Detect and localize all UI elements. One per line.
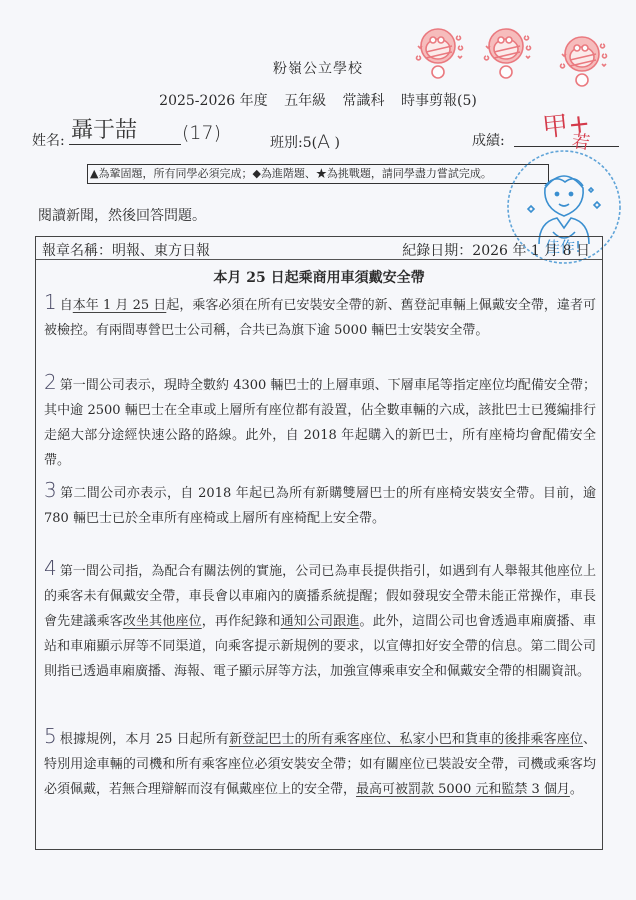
- class-label: 班別:5(: [270, 135, 317, 151]
- underlined-text: 最高可被罰款 5000 元和監禁 3 個月: [356, 782, 570, 797]
- paragraph-text: 根據規例，本月 25 日起所有: [60, 732, 229, 747]
- paragraph-text: 第二間公司亦表示，自 2018 年起已為所有新購雙層巴士的所有座椅安裝安全帶。目…: [44, 486, 596, 526]
- school-name: 粉嶺公立學校: [0, 58, 636, 78]
- school-year: 2025-2026 年度: [159, 93, 267, 109]
- paragraph-number-mark: 1: [44, 294, 57, 310]
- worksheet-title: 時事剪報(5): [401, 93, 477, 109]
- class-field: 班別:5(A ): [270, 130, 340, 152]
- subject: 常識科: [343, 93, 385, 109]
- worksheet-page: 粉嶺公立學校 2025-2026 年度 五年級 常識科 時事剪報(5) 姓名: …: [0, 0, 636, 900]
- grade-label: 成績:: [472, 130, 505, 150]
- article-paragraph-2: 2第一間公司表示，現時全數約 4300 輛巴士的上層車頭、下層車尾等指定座位均配…: [44, 373, 596, 473]
- article-headline: 本月 25 日起乘商用車須戴安全帶: [36, 267, 602, 287]
- news-article-box: 報章名稱：明報、東方日報 紀錄日期：2026 年 1 月 8 日 本月 25 日…: [35, 236, 603, 850]
- paragraph-number-mark: 3: [44, 482, 57, 498]
- paragraph-number-mark: 2: [44, 374, 57, 390]
- paragraph-number-mark: 4: [44, 560, 57, 576]
- class-close: ): [330, 135, 340, 151]
- paragraph-number-mark: 5: [44, 728, 57, 744]
- article-paragraph-1: 1自本年 1 月 25 日起，乘客必須在所有已安裝安全帶的新、舊登記車輛上佩戴安…: [44, 293, 596, 343]
- instruction-text: 閱讀新聞，然後回答問題。: [38, 205, 206, 225]
- record-date: 紀錄日期：2026 年 1 月 8 日: [402, 240, 590, 260]
- article-paragraph-3: 3第二間公司亦表示，自 2018 年起已為所有新購雙層巴士的所有座椅安裝安全帶。…: [44, 481, 596, 531]
- seat-number: (17): [182, 122, 221, 144]
- paragraph-text: 自: [60, 298, 73, 313]
- underlined-text: 新登記巴士的所有乘客座位、私家小巴和貨車的後排乘客座位: [229, 732, 583, 747]
- student-info-row: 姓名: 聶于喆 (17) 班別:5(A ) 成績: 甲+ 若: [32, 120, 612, 150]
- article-paragraph-5: 5根據規例，本月 25 日起所有新登記巴士的所有乘客座位、私家小巴和貨車的後排乘…: [44, 727, 596, 802]
- newspaper-name: 報章名稱：明報、東方日報: [42, 240, 210, 260]
- paragraph-text: 。: [570, 782, 583, 797]
- paragraph-text: ，再作紀錄和: [202, 614, 281, 629]
- paragraph-text: 第一間公司表示，現時全數約 4300 輛巴士的上層車頭、下層車尾等指定座位均配備…: [44, 378, 596, 468]
- article-meta: 報章名稱：明報、東方日報 紀錄日期：2026 年 1 月 8 日: [36, 237, 602, 260]
- article-paragraph-4: 4第一間公司指，為配合有關法例的實施，公司已為車長提供指引，如遇到有人舉報其他座…: [44, 559, 596, 684]
- class-value[interactable]: A: [317, 131, 330, 153]
- name-field[interactable]: 聶于喆: [69, 120, 181, 145]
- underlined-text: 通知公司跟進: [281, 614, 360, 629]
- underlined-text: 改坐其他座位: [123, 614, 202, 629]
- name-label: 姓名:: [32, 130, 65, 150]
- question-legend: ▲為鞏固題，所有同學必須完成；◆為進階題、★為挑戰題，請同學盡力嘗試完成。: [87, 164, 549, 184]
- underlined-text: 本年 1 月 25 日: [73, 298, 167, 313]
- grade-level: 五年級: [284, 93, 326, 109]
